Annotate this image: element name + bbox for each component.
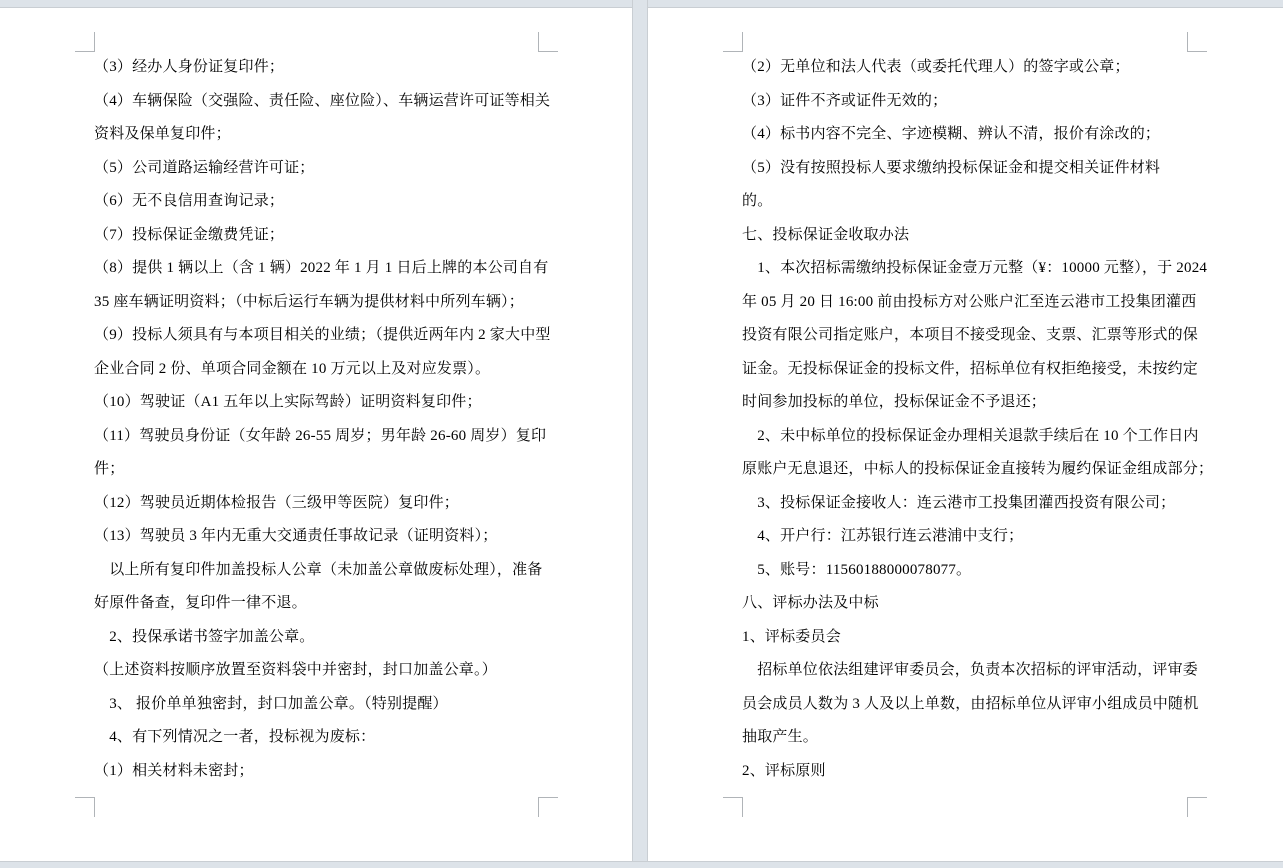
pages-gap xyxy=(632,0,648,868)
crop-mark-top-left-page-1 xyxy=(75,32,95,52)
text-line: 4、开户行：江苏银行连云港浦中支行； xyxy=(742,520,1187,554)
text-line: （12）驾驶员近期体检报告（三级甲等医院）复印件； xyxy=(94,487,539,521)
text-line: （11）驾驶员身份证（女年龄 26-55 周岁；男年龄 26-60 周岁）复印 xyxy=(94,420,539,454)
text-line: 员会成员人数为 3 人及以上单数，由招标单位从评审小组成员中随机 xyxy=(742,688,1187,722)
text-line: 3、投标保证金接收人：连云港市工投集团灌西投资有限公司； xyxy=(742,487,1187,521)
text-line: （2）无单位和法人代表（或委托代理人）的签字或公章； xyxy=(742,51,1187,85)
text-line: 好原件备查，复印件一律不退。 xyxy=(94,587,539,621)
text-line: 招标单位依法组建评审委员会，负责本次招标的评审活动，评审委 xyxy=(742,654,1187,688)
text-line: （6）无不良信用查询记录； xyxy=(94,185,539,219)
text-line: 2、评标原则 xyxy=(742,755,1187,789)
crop-mark-bottom-left-page-2 xyxy=(723,797,743,817)
text-line: 时间参加投标的单位，投标保证金不予退还； xyxy=(742,386,1187,420)
text-line: 企业合同 2 份、单项合同金额在 10 万元以上及对应发票）。 xyxy=(94,353,539,387)
text-line: 4、有下列情况之一者，投标视为废标： xyxy=(94,721,539,755)
text-line: （4）标书内容不完全、字迹模糊、辨认不清，报价有涂改的； xyxy=(742,118,1187,152)
text-line: （5）没有按照投标人要求缴纳投标保证金和提交相关证件材料 xyxy=(742,152,1187,186)
text-line: （1）相关材料未密封； xyxy=(94,755,539,789)
text-line: 原账户无息退还，中标人的投标保证金直接转为履约保证金组成部分； xyxy=(742,453,1187,487)
text-line: （3）证件不齐或证件无效的； xyxy=(742,85,1187,119)
text-line: （10）驾驶证（A1 五年以上实际驾龄）证明资料复印件； xyxy=(94,386,539,420)
text-line: 以上所有复印件加盖投标人公章（未加盖公章做废标处理），准备 xyxy=(94,554,539,588)
text-line: 八、评标办法及中标 xyxy=(742,587,1187,621)
text-line: （13）驾驶员 3 年内无重大交通责任事故记录（证明资料）； xyxy=(94,520,539,554)
page-2-text-area[interactable]: （2）无单位和法人代表（或委托代理人）的签字或公章； （3）证件不齐或证件无效的… xyxy=(742,51,1187,788)
text-line: 抽取产生。 xyxy=(742,721,1187,755)
text-line: 投资有限公司指定账户，本项目不接受现金、支票、汇票等形式的保 xyxy=(742,319,1187,353)
text-line: 1、本次招标需缴纳投标保证金壹万元整（¥：10000 元整），于 2024 xyxy=(742,252,1187,286)
text-line: 资料及保单复印件； xyxy=(94,118,539,152)
crop-mark-bottom-left-page-1 xyxy=(75,797,95,817)
text-line: 件； xyxy=(94,453,539,487)
canvas-bottom-strip xyxy=(0,861,1283,868)
text-line: 35 座车辆证明资料；（中标后运行车辆为提供材料中所列车辆）； xyxy=(94,286,539,320)
text-line: （9）投标人须具有与本项目相关的业绩；（提供近两年内 2 家大中型 xyxy=(94,319,539,353)
text-line: （8）提供 1 辆以上（含 1 辆）2022 年 1 月 1 日后上牌的本公司自… xyxy=(94,252,539,286)
text-line: （5）公司道路运输经营许可证； xyxy=(94,152,539,186)
text-line: 的。 xyxy=(742,185,1187,219)
text-line: （3）经办人身份证复印件； xyxy=(94,51,539,85)
text-line: 2、投保承诺书签字加盖公章。 xyxy=(94,621,539,655)
text-line: 3、 报价单单独密封，封口加盖公章。（特别提醒） xyxy=(94,688,539,722)
text-line: （上述资料按顺序放置至资料袋中并密封，封口加盖公章。） xyxy=(94,654,539,688)
crop-mark-top-right-page-2 xyxy=(1187,32,1207,52)
text-line: 七、投标保证金收取办法 xyxy=(742,219,1187,253)
text-line: 证金。无投标保证金的投标文件，招标单位有权拒绝接受，未按约定 xyxy=(742,353,1187,387)
crop-mark-bottom-right-page-2 xyxy=(1187,797,1207,817)
text-line: （7）投标保证金缴费凭证； xyxy=(94,219,539,253)
crop-mark-top-right-page-1 xyxy=(538,32,558,52)
crop-mark-top-left-page-2 xyxy=(723,32,743,52)
text-line: 5、账号：11560188000078077。 xyxy=(742,554,1187,588)
text-line: （4）车辆保险（交强险、责任险、座位险）、车辆运营许可证等相关 xyxy=(94,85,539,119)
crop-mark-bottom-right-page-1 xyxy=(538,797,558,817)
text-line: 1、评标委员会 xyxy=(742,621,1187,655)
page-1-text-area[interactable]: （3）经办人身份证复印件； （4）车辆保险（交强险、责任险、座位险）、车辆运营许… xyxy=(94,51,539,788)
text-line: 年 05 月 20 日 16:00 前由投标方对公账户汇至连云港市工投集团灌西 xyxy=(742,286,1187,320)
text-line: 2、未中标单位的投标保证金办理相关退款手续后在 10 个工作日内 xyxy=(742,420,1187,454)
